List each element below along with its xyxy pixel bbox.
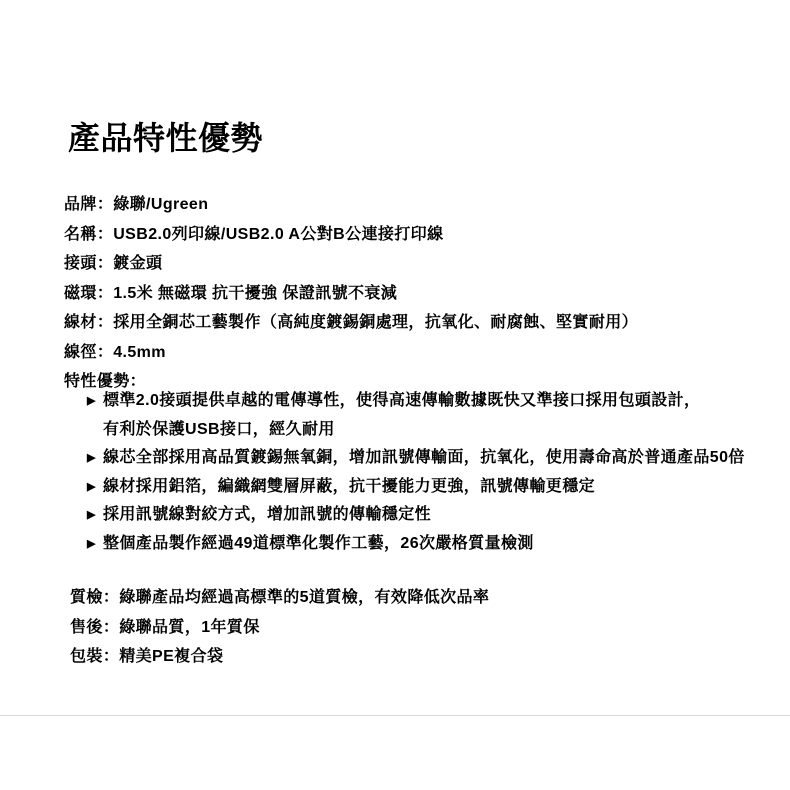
after-sales-row-warranty: 售後：綠聯品質，1年質保 [70,613,770,643]
feature-item: ▶ 線材採用鋁箔，編織網雙層屏蔽，抗干擾能力更強，訊號傳輸更穩定 [87,473,767,502]
spec-value: 精美PE複合袋 [119,648,223,665]
spec-value: USB2.0列印線/USB2.0 A公對B公連接打印線 [113,226,443,243]
product-feature-sheet: 產品特性優勢 品牌：綠聯/Ugreen 名稱：USB2.0列印線/USB2.0 … [0,0,790,790]
feature-item: ▶ 線芯全部採用高品質鍍錫無氧銅，增加訊號傳輸面，抗氧化，使用壽命高於普通產品5… [87,444,767,473]
spec-value: 綠聯/Ugreen [113,196,208,213]
spec-separator: ： [97,255,113,272]
after-sales-row-qc: 質檢：綠聯產品均經過高標準的5道質檢，有效降低次品率 [70,583,770,613]
spec-label: 品牌 [64,196,97,213]
feature-text: 採用訊號線對絞方式，增加訊號的傳輸穩定性 [103,501,431,530]
feature-text: 線芯全部採用高品質鍍錫無氧銅，增加訊號傳輸面，抗氧化，使用壽命高於普通產品50倍 [103,444,745,473]
spec-value: 1.5米 無磁環 抗干擾強 保證訊號不衰減 [113,285,397,302]
spec-label: 接頭 [64,255,97,272]
spec-value: 採用全銅芯工藝製作（高純度鍍錫銅處理，抗氧化、耐腐蝕、堅實耐用） [113,314,638,331]
spec-separator: ： [103,648,119,665]
feature-text: 標準2.0接頭提供卓越的電傳導性，使得高速傳輸數據既快又準接口採用包頭設計， 有… [103,387,700,444]
bullet-arrow-icon: ▶ [87,473,103,502]
spec-value: 綠聯產品均經過高標準的5道質檢，有效降低次品率 [119,589,489,606]
spec-label: 名稱 [64,226,97,243]
feature-text: 線材採用鋁箔，編織網雙層屏蔽，抗干擾能力更強，訊號傳輸更穩定 [103,473,595,502]
spec-label: 線材 [64,314,97,331]
feature-item: ▶ 標準2.0接頭提供卓越的電傳導性，使得高速傳輸數據既快又準接口採用包頭設計，… [87,387,767,444]
spec-row-name: 名稱：USB2.0列印線/USB2.0 A公對B公連接打印線 [64,220,764,250]
feature-text: 整個產品製作經過49道標準化製作工藝，26次嚴格質量檢測 [103,530,534,559]
bullet-arrow-icon: ▶ [87,387,103,416]
spec-value: 鍍金頭 [113,255,162,272]
spec-row-ferrite: 磁環：1.5米 無磁環 抗干擾強 保證訊號不衰減 [64,279,764,309]
spec-separator: ： [103,589,119,606]
after-sales-list: 質檢：綠聯產品均經過高標準的5道質檢，有效降低次品率 售後：綠聯品質，1年質保 … [70,583,770,672]
feature-list: ▶ 標準2.0接頭提供卓越的電傳導性，使得高速傳輸數據既快又準接口採用包頭設計，… [87,387,767,558]
spec-label: 售後 [70,619,103,636]
spec-row-material: 線材：採用全銅芯工藝製作（高純度鍍錫銅處理，抗氧化、耐腐蝕、堅實耐用） [64,308,764,338]
spec-value: 4.5mm [113,344,166,361]
feature-item: ▶ 採用訊號線對絞方式，增加訊號的傳輸穩定性 [87,501,767,530]
spec-label: 磁環 [64,285,97,302]
spec-label: 質檢 [70,589,103,606]
spec-row-connector: 接頭：鍍金頭 [64,249,764,279]
spec-row-diameter: 線徑：4.5mm [64,338,764,368]
spec-value: 綠聯品質，1年質保 [119,619,260,636]
spec-label: 線徑 [64,344,97,361]
bullet-arrow-icon: ▶ [87,444,103,473]
spec-row-brand: 品牌：綠聯/Ugreen [64,190,764,220]
bottom-divider-line [0,715,790,716]
spec-label: 包裝 [70,648,103,665]
page-title: 產品特性優勢 [68,118,263,158]
spec-separator: ： [97,314,113,331]
spec-separator: ： [97,196,113,213]
spec-separator: ： [97,285,113,302]
bullet-arrow-icon: ▶ [87,530,103,559]
spec-list: 品牌：綠聯/Ugreen 名稱：USB2.0列印線/USB2.0 A公對B公連接… [64,190,764,397]
bullet-arrow-icon: ▶ [87,501,103,530]
spec-separator: ： [97,344,113,361]
after-sales-row-packaging: 包裝：精美PE複合袋 [70,642,770,672]
feature-item: ▶ 整個產品製作經過49道標準化製作工藝，26次嚴格質量檢測 [87,530,767,559]
spec-separator: ： [103,619,119,636]
spec-separator: ： [97,226,113,243]
